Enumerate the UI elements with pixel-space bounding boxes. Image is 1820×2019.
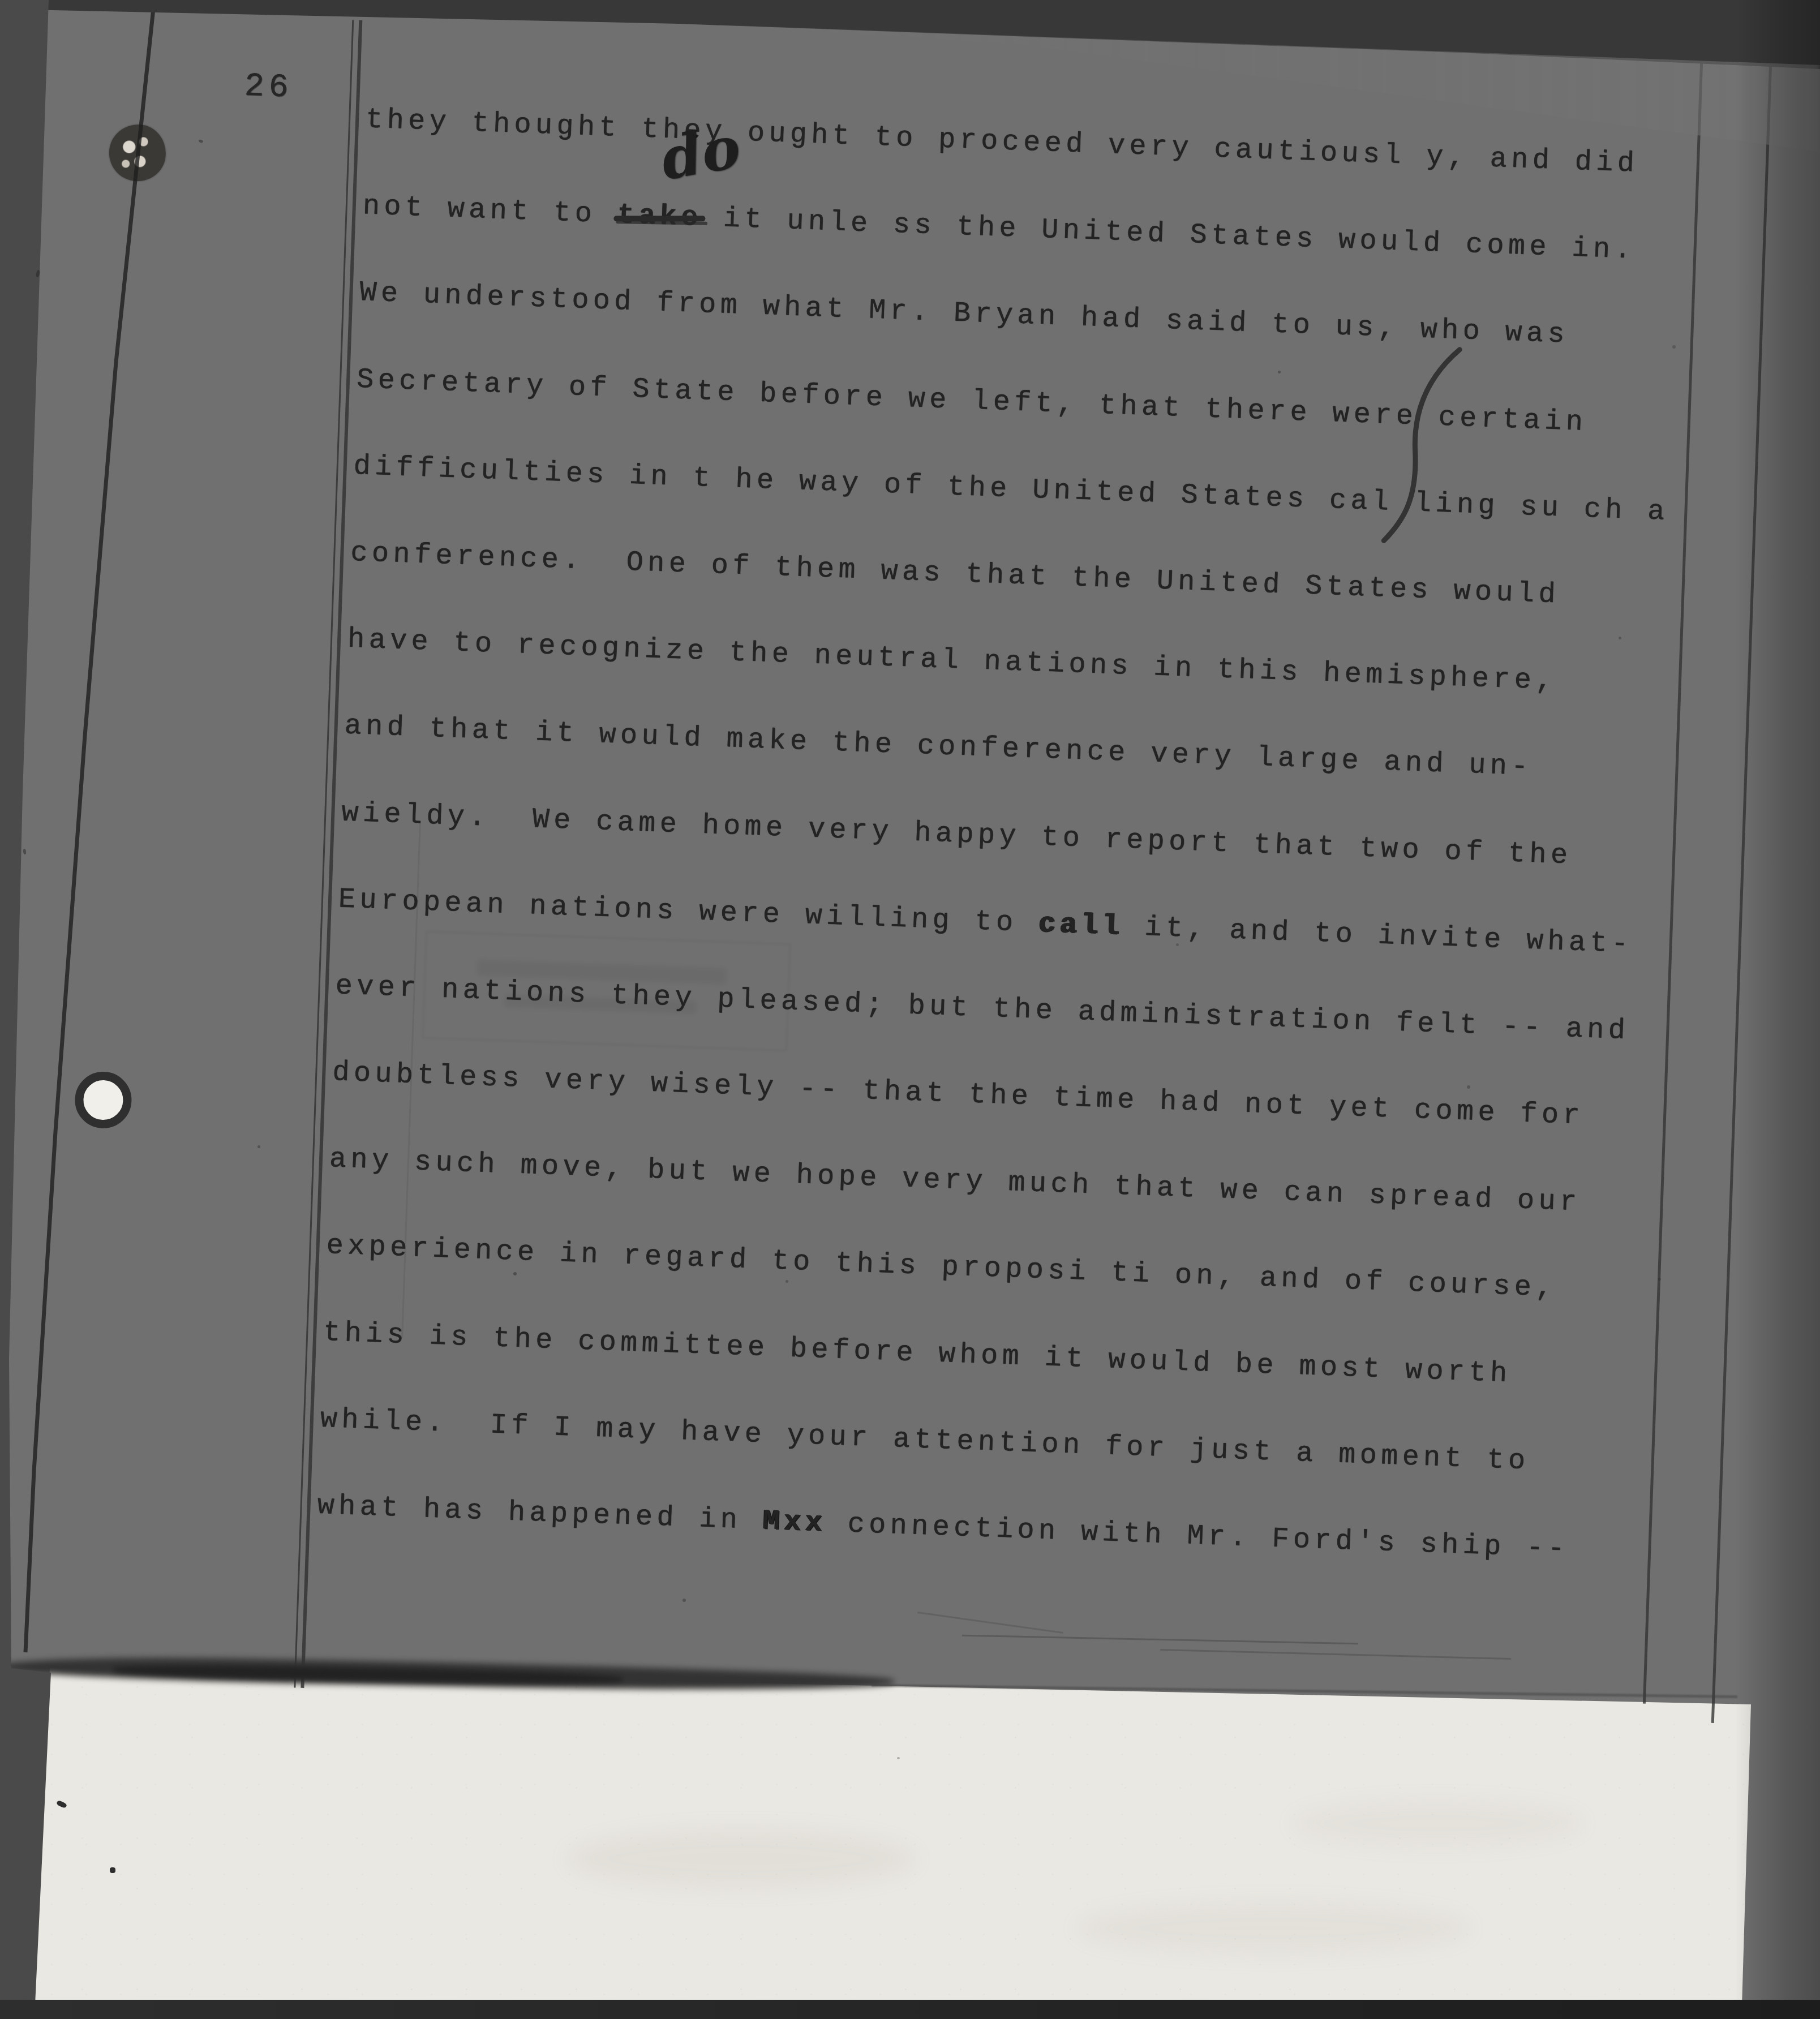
ink-speck — [1467, 1085, 1470, 1089]
ink-speck — [785, 1280, 788, 1283]
ink-speck — [897, 1757, 900, 1759]
ink-speck — [1176, 943, 1179, 946]
ink-speck — [1672, 345, 1676, 349]
ink-speck — [1619, 637, 1621, 639]
scan-right-edge — [1735, 0, 1820, 2019]
ink-speck — [257, 1145, 260, 1148]
scan-bottom-band — [0, 2000, 1820, 2019]
scanned-document-page: 26 they thought they ought to proceed ve… — [0, 0, 1820, 2019]
ink-speck — [513, 1272, 517, 1275]
ink-speck — [1278, 371, 1281, 373]
ink-speck — [682, 1599, 686, 1602]
ink-speck — [1658, 1278, 1661, 1281]
paper-left-edge — [0, 0, 1820, 2019]
